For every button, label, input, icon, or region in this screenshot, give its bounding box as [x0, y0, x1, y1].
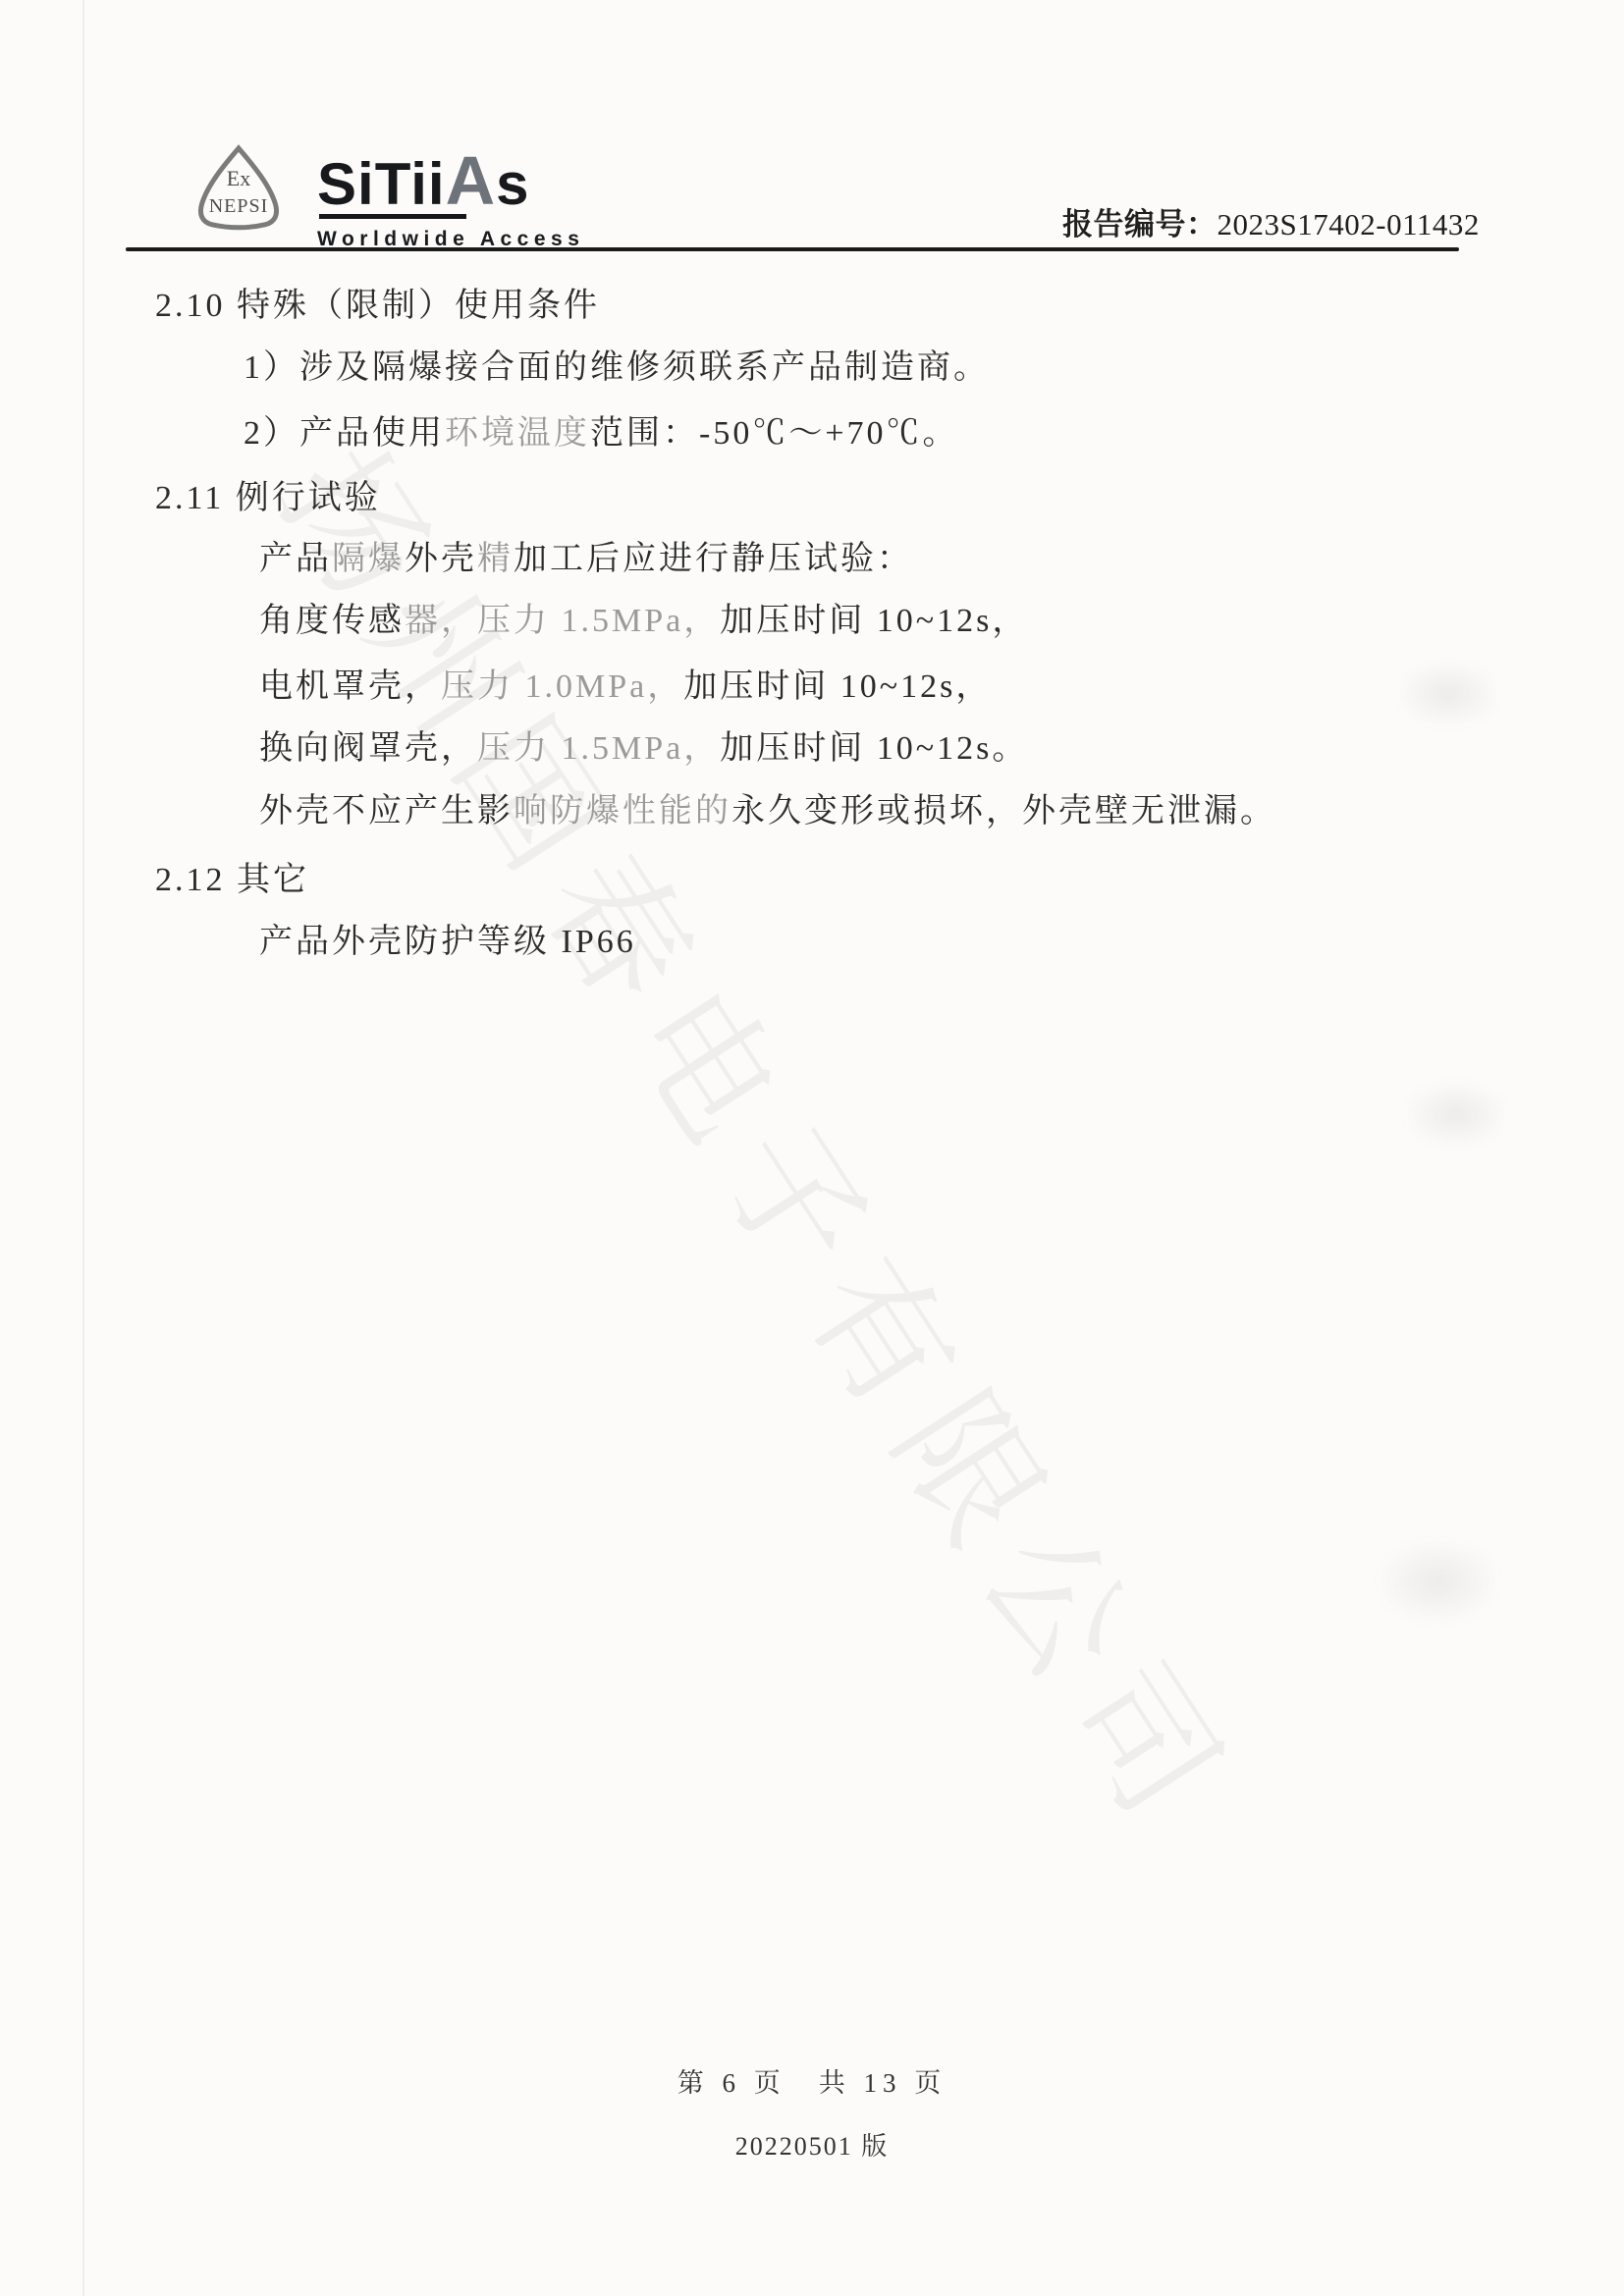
body-line-segment: 隔爆: [332, 541, 405, 577]
body-line: 2.11 例行试验: [155, 479, 381, 518]
body-line: 1）涉及隔爆接合面的维修须联系产品制造商。: [244, 348, 990, 388]
header-rule: [126, 247, 1459, 251]
body-line-segment: 器，压力 1.5MPa，: [405, 603, 720, 639]
body-line-segment: 加工后应进行静压试验：: [514, 541, 913, 577]
body-line-segment: 2.10 特殊（限制）使用条件: [155, 288, 600, 324]
body-line-segment: 外壳: [405, 541, 477, 577]
body-line: 电机罩壳，压力 1.0MPa，加压时间 10~12s，: [259, 667, 992, 707]
body-line-segment: 电机罩壳，: [259, 668, 441, 705]
bleed-smudge: [1394, 660, 1502, 728]
footer-version: 20220501 版: [0, 2126, 1624, 2163]
body-line-segment: 环境温度: [445, 415, 590, 452]
body-line: 2）产品使用环境温度范围：-50℃～+70℃。: [244, 414, 959, 454]
nepsi-ex-badge-icon: Ex NEPSI: [189, 143, 288, 238]
header-logo: Ex NEPSI SiTiiAs Worldwide Access: [189, 143, 584, 251]
body-line-segment: 加压时间 10~12s，: [720, 603, 1028, 639]
body-line-segment: 1）涉及隔爆接合面的维修须联系产品制造商。: [244, 349, 990, 386]
report-number-value: 2023S17402-011432: [1218, 207, 1480, 241]
body-line: 2.10 特殊（限制）使用条件: [155, 287, 600, 326]
scan-fold-line: [82, 0, 84, 2296]
body-line-segment: 外壳不应产生影: [259, 793, 514, 829]
body-line-segment: 2.12 其它: [155, 862, 309, 898]
body-line-segment: 2）产品使用: [244, 415, 445, 452]
badge-nepsi-label: NEPSI: [209, 195, 269, 217]
body-line: 角度传感器，压力 1.5MPa，加压时间 10~12s，: [259, 602, 1028, 641]
body-line-segment: 响防爆性能的: [514, 793, 731, 829]
brand-wordmark: SiTiiAs: [317, 151, 584, 214]
body-line: 2.12 其它: [155, 861, 309, 900]
body-line-segment: 加压时间 10~12s。: [720, 730, 1028, 767]
body-line-segment: 精: [477, 541, 514, 577]
brand-part-a: A: [446, 142, 497, 219]
badge-ex-label: Ex: [227, 166, 250, 190]
body-line-segment: 加压时间 10~12s，: [683, 668, 992, 705]
body-line-segment: 2.11 例行试验: [155, 480, 381, 516]
report-number: 报告编号：2023S17402-011432: [1062, 199, 1480, 243]
body-line-segment: 角度传感: [259, 603, 405, 639]
body-line: 产品外壳防护等级 IP66: [259, 923, 636, 962]
bleed-smudge: [1375, 1537, 1502, 1626]
report-number-label: 报告编号：: [1062, 207, 1218, 241]
body-line-segment: 产品: [259, 541, 332, 577]
body-line-segment: 换向阀罩壳，: [259, 730, 477, 767]
footer-page-number: 第 6 页 共 13 页: [0, 2061, 1624, 2100]
body-line-segment: 压力 1.5MPa，: [477, 730, 720, 767]
body-line-segment: 压力 1.0MPa，: [441, 668, 683, 705]
brand-underline: [319, 214, 466, 219]
scanned-report-page: 扬州国春电子有限公司 Ex NEPSI SiTiiAs Worldwide Ac…: [0, 0, 1624, 2296]
body-line-segment: 永久变形或损坏，外壳壁无泄漏。: [731, 793, 1276, 829]
body-line: 产品隔爆外壳精加工后应进行静压试验：: [259, 540, 913, 579]
body-line-segment: 范围：-50℃～+70℃。: [590, 415, 959, 452]
body-line-segment: 产品外壳防护等级 IP66: [259, 924, 636, 960]
brand-part-s: s: [496, 151, 529, 217]
body-line: 外壳不应产生影响防爆性能的永久变形或损坏，外壳壁无泄漏。: [259, 792, 1276, 831]
brand-part-sitii: SiTii: [317, 151, 446, 217]
brand-block: SiTiiAs Worldwide Access: [317, 143, 584, 251]
body-line: 换向阀罩壳，压力 1.5MPa，加压时间 10~12s。: [259, 729, 1028, 769]
bleed-smudge: [1402, 1080, 1510, 1148]
